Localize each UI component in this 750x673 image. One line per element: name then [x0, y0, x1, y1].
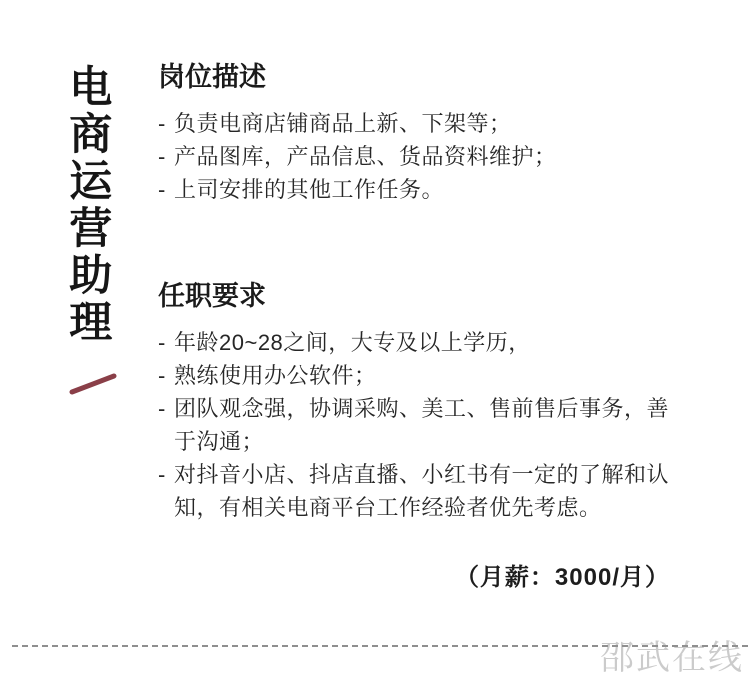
- section-job-requirements: 任职要求 - 年龄20~28之间，大专及以上学历， - 熟练使用办公软件； - …: [158, 279, 678, 524]
- list-item: - 团队观念强，协调采购、美工、售前售后事务，善于沟通；: [158, 392, 678, 458]
- job-requirements-list: - 年龄20~28之间，大专及以上学历， - 熟练使用办公软件； - 团队观念强…: [158, 326, 678, 524]
- list-item-text: 产品图库，产品信息、货品资料维护；: [174, 140, 678, 173]
- section-job-description: 岗位描述 - 负责电商店铺商品上新、下架等； - 产品图库，产品信息、货品资料维…: [158, 60, 678, 206]
- list-item: - 产品图库，产品信息、货品资料维护；: [158, 140, 678, 173]
- job-title-vertical: 电商运营助理: [63, 64, 110, 346]
- red-slash-accent: [69, 370, 119, 396]
- job-posting-content: 岗位描述 - 负责电商店铺商品上新、下架等； - 产品图库，产品信息、货品资料维…: [158, 60, 678, 592]
- brush-stroke-icon: [69, 370, 119, 396]
- job-description-list: - 负责电商店铺商品上新、下架等； - 产品图库，产品信息、货品资料维护； - …: [158, 107, 678, 206]
- bullet-dash: -: [158, 458, 174, 491]
- list-item-text: 年龄20~28之间，大专及以上学历，: [174, 326, 678, 359]
- section-heading-job-description: 岗位描述: [158, 60, 678, 94]
- list-item-text: 上司安排的其他工作任务。: [174, 173, 678, 206]
- list-item-text: 负责电商店铺商品上新、下架等；: [174, 107, 678, 140]
- list-item-text: 对抖音小店、抖店直播、小红书有一定的了解和认知，有相关电商平台工作经验者优先考虑…: [174, 458, 678, 524]
- list-item: - 对抖音小店、抖店直播、小红书有一定的了解和认知，有相关电商平台工作经验者优先…: [158, 458, 678, 524]
- list-item-text: 团队观念强，协调采购、美工、售前售后事务，善于沟通；: [174, 392, 678, 458]
- bullet-dash: -: [158, 140, 174, 173]
- bullet-dash: -: [158, 107, 174, 140]
- salary-note: （月薪：3000/月）: [158, 557, 678, 592]
- list-item: - 熟练使用办公软件；: [158, 359, 678, 392]
- watermark-text: 邵武在线: [600, 630, 744, 673]
- list-item: - 负责电商店铺商品上新、下架等；: [158, 107, 678, 140]
- bullet-dash: -: [158, 392, 174, 425]
- bullet-dash: -: [158, 173, 174, 206]
- list-item-text: 熟练使用办公软件；: [174, 359, 678, 392]
- list-item: - 上司安排的其他工作任务。: [158, 173, 678, 206]
- section-spacer: [158, 206, 678, 279]
- section-heading-job-requirements: 任职要求: [158, 279, 678, 313]
- bullet-dash: -: [158, 359, 174, 392]
- dashed-divider: [12, 645, 748, 647]
- bullet-dash: -: [158, 326, 174, 359]
- list-item: - 年龄20~28之间，大专及以上学历，: [158, 326, 678, 359]
